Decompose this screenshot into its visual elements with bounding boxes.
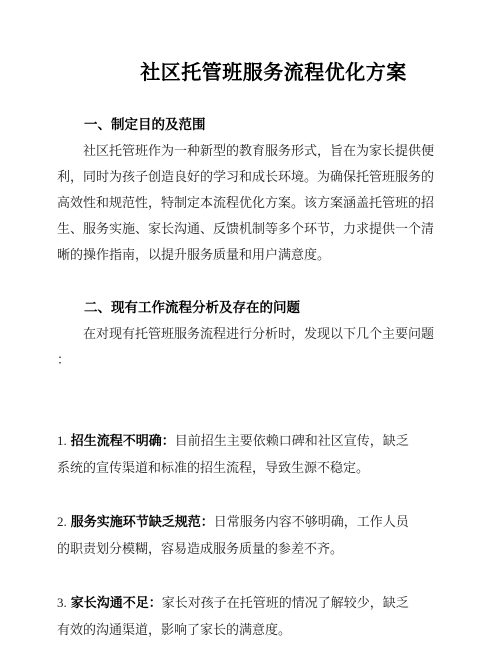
- issue-3-number: 3.: [57, 595, 67, 610]
- issue-1-label: 招生流程不明确：: [71, 433, 175, 448]
- section-analysis-problems: 二、现有工作流程分析及存在的问题 在对现有托管班服务流程进行分析时，发现以下几个…: [57, 295, 450, 643]
- section-2-heading: 二、现有工作流程分析及存在的问题: [57, 295, 450, 321]
- document-title: 社区托管班服务流程优化方案: [57, 59, 450, 87]
- section-1-paragraph: 社区托管班作为一种新型的教育服务形式，旨在为家长提供便 利，同时为孩子创造良好的…: [57, 138, 450, 268]
- issue-item-parent-communication: 3.家长沟通不足：家长对孩子在托管班的情况了解较少，缺乏 有效的沟通渠道，影响了…: [57, 562, 450, 643]
- issue-2-number: 2.: [57, 514, 67, 529]
- issue-3-label: 家长沟通不足：: [71, 595, 162, 610]
- section-1-heading: 一、制定目的及范围: [57, 112, 450, 138]
- issue-2-label: 服务实施环节缺乏规范：: [71, 514, 214, 529]
- issue-item-enrollment: 1.招生流程不明确：目前招生主要依赖口碑和社区宣传，缺乏 系统的宣传渠道和标准的…: [57, 400, 450, 481]
- issue-1-number: 1.: [57, 433, 67, 448]
- issues-list: 1.招生流程不明确：目前招生主要依赖口碑和社区宣传，缺乏 系统的宣传渠道和标准的…: [57, 400, 450, 643]
- document-page: 社区托管班服务流程优化方案 一、制定目的及范围 社区托管班作为一种新型的教育服务…: [0, 0, 500, 647]
- section-purpose-scope: 一、制定目的及范围 社区托管班作为一种新型的教育服务形式，旨在为家长提供便 利，…: [57, 112, 450, 268]
- section-2-paragraph: 在对现有托管班服务流程进行分析时，发现以下几个主要问题 ：: [57, 321, 450, 373]
- issue-item-service-standard: 2.服务实施环节缺乏规范：日常服务内容不够明确，工作人员 的职责划分模糊，容易造…: [57, 481, 450, 562]
